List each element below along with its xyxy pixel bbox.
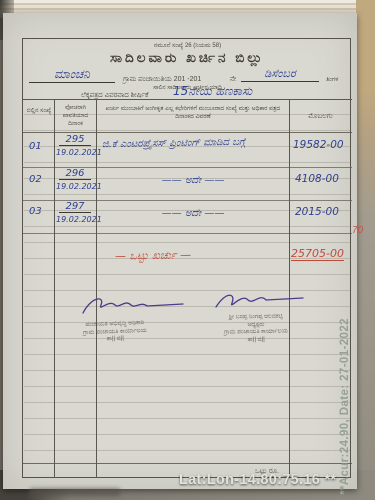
pdo-signature bbox=[71, 291, 186, 321]
account-head-handwritten: 15ನೇಯ ಹಣಕಾಸು bbox=[173, 84, 252, 99]
footer-row-line bbox=[23, 463, 352, 464]
table-top-line bbox=[23, 99, 352, 100]
column-line-1 bbox=[54, 99, 55, 478]
row3-serial: 03 bbox=[29, 206, 42, 217]
row3-amount: 2015-00 bbox=[295, 206, 339, 218]
row-line bbox=[23, 233, 352, 234]
row1-serial: 01 bbox=[29, 141, 42, 152]
village-handwritten: ಮಾಂಚನಿ bbox=[29, 67, 115, 83]
total-label-handwritten: — ಒಟ್ಟು ಖರ್ಚು — bbox=[115, 248, 191, 263]
header-bill-no: ಬಿಲ್ಲಿನ ಸಂಖ್ಯೆ bbox=[24, 107, 54, 115]
president-stamp: ಶ್ರೀ ಬಸಪ್ಪ ನಿಂಗಪ್ಪ ಆಲದಕಟ್ಟಿ ಅಧ್ಯಕ್ಷರು ಗ್… bbox=[181, 313, 332, 346]
row3-date: 19.02.2021 bbox=[56, 215, 102, 224]
row2-description: —— ಅದೇ —— bbox=[118, 175, 268, 186]
form-number-line: ನಮೂನೆ ಸಂಖ್ಯೆ 26 (ನಿಯಮ 58) bbox=[23, 42, 352, 50]
header-amount: ಮೊಬಲಗು bbox=[290, 112, 351, 121]
ne-printed: ನೇ bbox=[230, 75, 236, 84]
paper-sheet: ನಮೂನೆ ಸಂಖ್ಯೆ 26 (ನಿಯಮ 58) ಸಾದಿಲವಾರು ಖರ್ಚ… bbox=[3, 13, 357, 489]
header-details: ಖರ್ಚು ಮುಂಬಾಕಿಗೆ ಅಂಗೀಕೃತ ಎಲ್ಲ ಕಛೇರಿಗಳಿಗೆ … bbox=[101, 105, 285, 121]
header-voucher-date: ವೋಚರಾಗಿ ಪಾವತಿಯಾದ ದಿನಾಂಕ bbox=[55, 104, 96, 128]
month-suffix: ತಿಂಗಳ bbox=[326, 76, 338, 84]
period-printed: ಗ್ರಾಮ ಪಂಚಾಯಿತಿಯ 201 -201 bbox=[123, 75, 201, 84]
print-smudge bbox=[30, 488, 120, 496]
row2-voucher: 296 bbox=[59, 168, 91, 180]
row2-amount: 4108-00 bbox=[295, 173, 339, 185]
row3-voucher: 297 bbox=[59, 201, 91, 213]
row1-voucher: 295 bbox=[59, 134, 91, 146]
form-title: ಸಾದಿಲವಾರು ಖರ್ಚಿನ ಬಿಲ್ಲು bbox=[23, 50, 352, 66]
table-surface-strip bbox=[356, 0, 375, 500]
row2-date: 19.02.2021 bbox=[56, 182, 102, 191]
month-handwritten: ಡಿಸೆಂಬರ bbox=[241, 67, 319, 82]
form-border-box: ನಮೂನೆ ಸಂಖ್ಯೆ 26 (ನಿಯಮ 58) ಸಾದಿಲವಾರು ಖರ್ಚ… bbox=[22, 38, 351, 478]
president-signature bbox=[208, 287, 308, 315]
document-photo: ನಮೂನೆ ಸಂಖ್ಯೆ 26 (ನಿಯಮ 58) ಸಾದಿಲವಾರು ಖರ್ಚ… bbox=[0, 0, 375, 500]
header-bottom-line bbox=[23, 132, 352, 133]
row2-serial: 02 bbox=[29, 174, 42, 185]
row3-description: —— ಅದೇ —— bbox=[118, 208, 268, 219]
gps-latlon-text: Lat:Lon-14.80:75.16 ** bbox=[179, 472, 336, 488]
gps-accuracy-date-text: **Acur:24.90, Date: 27-01-2022 bbox=[339, 233, 351, 495]
total-amount-handwritten: 25705-00 bbox=[291, 247, 344, 261]
red-edge-mark: 70 bbox=[352, 225, 363, 236]
row1-amount: 19582-00 bbox=[293, 139, 344, 151]
row1-date: 19.02.2021 bbox=[56, 148, 102, 157]
